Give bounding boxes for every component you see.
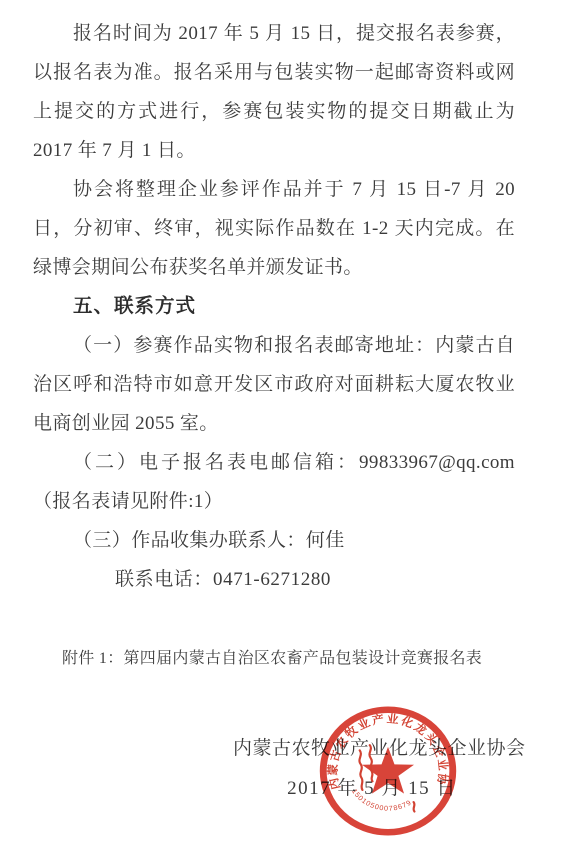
contact-item-email: （二）电子报名表电邮信箱：99833967@qq.com（报名表请见附件:1） [33, 443, 515, 521]
paragraph-review-process: 协会将整理企业参评作品并于 7 月 15 日-7 月 20 日，分初审、终审，视… [33, 170, 515, 287]
attachment-note: 附件 1：第四届内蒙古自治区农畜产品包装设计竞赛报名表 [62, 645, 571, 673]
contact-phone-line: 联系电话：0471-6271280 [33, 560, 515, 599]
official-seal-icon: 内蒙古农牧业产业化龙头企业协会 15010500078679 [315, 702, 461, 840]
document-body: 报名时间为 2017 年 5 月 15 日，提交报名表参赛，以报名表为准。报名采… [0, 0, 571, 599]
paragraph-registration-time: 报名时间为 2017 年 5 月 15 日，提交报名表参赛，以报名表为准。报名采… [33, 14, 515, 170]
contact-item-mailing-address: （一）参赛作品实物和报名表邮寄地址：内蒙古自治区呼和浩特市如意开发区市政府对面耕… [33, 326, 515, 443]
contact-item-person: （三）作品收集办联系人：何佳 [33, 521, 515, 560]
seal-serial-number: 15010500078679 [350, 788, 413, 813]
document-page: 报名时间为 2017 年 5 月 15 日，提交报名表参赛，以报名表为准。报名采… [0, 0, 571, 851]
section-heading-contact: 五、联系方式 [33, 287, 515, 326]
svg-text:15010500078679: 15010500078679 [350, 788, 413, 813]
